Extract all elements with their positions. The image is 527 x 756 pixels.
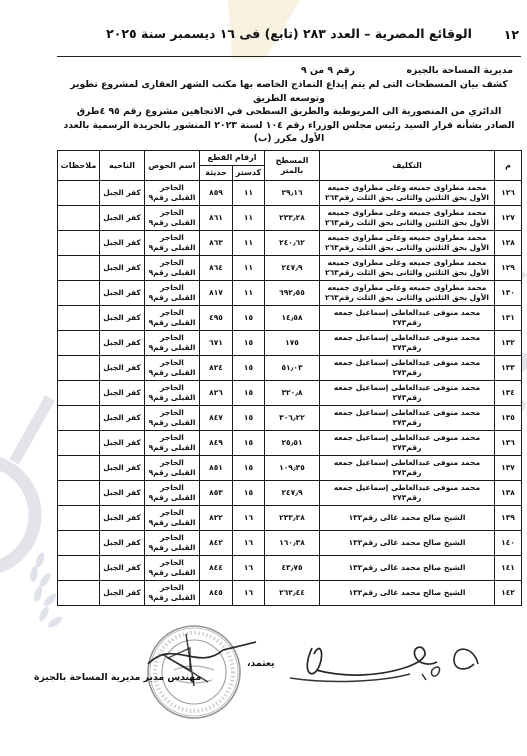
cell-notes: [58, 481, 100, 506]
cell-modern: ٨٥٣: [200, 481, 233, 506]
cell-district: كفر الجبل: [100, 481, 145, 506]
cell-notes: [58, 506, 100, 531]
table-row: ١٣٨محمد منوفى عبدالعاطى إسماعيل جمعه رقم…: [58, 481, 522, 506]
cell-serial: ١٣١: [495, 306, 522, 331]
cell-assignment: محمد منوفى عبدالعاطى إسماعيل جمعه رقم٢٧٣: [320, 406, 495, 431]
col-assignment: التكليف: [320, 151, 495, 181]
cell-notes: [58, 206, 100, 231]
cell-area: ٢٤٠٫٦٢: [265, 231, 320, 256]
cell-basin: الحاجر القبلى رقم٩: [145, 381, 200, 406]
cell-serial: ١٣٨: [495, 481, 522, 506]
cell-cadastral: ١١: [233, 206, 265, 231]
cell-cadastral: ١٥: [233, 331, 265, 356]
cell-notes: [58, 531, 100, 556]
cell-modern: ٨١٧: [200, 281, 233, 306]
cell-serial: ١٢٩: [495, 256, 522, 281]
cell-modern: ٤٩٥: [200, 306, 233, 331]
cell-district: كفر الجبل: [100, 181, 145, 206]
gazette-title: الوقائع المصرية – العدد ٢٨٣ (تابع) فى ١٦…: [106, 26, 472, 41]
cell-notes: [58, 431, 100, 456]
cell-cadastral: ١٥: [233, 456, 265, 481]
cell-basin: الحاجر القبلى رقم٩: [145, 481, 200, 506]
cell-assignment: محمد منوفى عبدالعاطى إسماعيل جمعه رقم٢٧٣: [320, 331, 495, 356]
col-area: المسطح بالمتر: [265, 151, 320, 181]
handwritten-signatures: [282, 630, 487, 702]
col-serial: م: [495, 151, 522, 181]
cell-assignment: محمد مطراوى جميعه وعلى مطراوى جميعه الأو…: [320, 231, 495, 256]
col-basin: اسم الحوض: [145, 151, 200, 181]
cell-area: ٢٣٣٫٢٨: [265, 506, 320, 531]
cell-serial: ١٤٠: [495, 531, 522, 556]
cell-modern: ٨٢٢: [200, 506, 233, 531]
table-header: م التكليف المسطح بالمتر ارقام القطع اسم …: [58, 151, 522, 181]
cell-assignment: محمد مطراوى جميعه وعلى مطراوى جميعه الأو…: [320, 281, 495, 306]
cell-assignment: محمد منوفى عبدالعاطى إسماعيل جمعه رقم٢٧٣: [320, 381, 495, 406]
cell-assignment: محمد منوفى عبدالعاطى إسماعيل جمعه رقم٢٧٣: [320, 431, 495, 456]
cell-serial: ١٣٤: [495, 381, 522, 406]
cell-district: كفر الجبل: [100, 406, 145, 431]
cell-basin: الحاجر القبلى رقم٩: [145, 256, 200, 281]
cell-basin: الحاجر القبلى رقم٩: [145, 431, 200, 456]
cell-notes: [58, 556, 100, 581]
cell-serial: ١٣٠: [495, 281, 522, 306]
table-row: ١٣١محمد منوفى عبدالعاطى إسماعيل جمعه رقم…: [58, 306, 522, 331]
doc-header-first-line: مديرية المساحة بالجيزه رقم ٩ من ٩: [57, 64, 521, 78]
cell-cadastral: ١٥: [233, 481, 265, 506]
cell-assignment: محمد مطراوى جميعه وعلى مطراوى جميعه الأو…: [320, 256, 495, 281]
cell-cadastral: ١٦: [233, 556, 265, 581]
cell-notes: [58, 581, 100, 606]
table-row: ١٤٠الشيخ صالح محمد غالى رقم١٣٢١٦٠٫٣٨١٦٨٤…: [58, 531, 522, 556]
cell-notes: [58, 256, 100, 281]
cell-basin: الحاجر القبلى رقم٩: [145, 506, 200, 531]
cell-cadastral: ١٥: [233, 431, 265, 456]
cell-basin: الحاجر القبلى رقم٩: [145, 406, 200, 431]
cell-modern: ٨٤٥: [200, 581, 233, 606]
table-row: ١٣٩الشيخ صالح محمد غالى رقم١٣٢٢٣٣٫٢٨١٦٨٢…: [58, 506, 522, 531]
watermark-left-emblem: [0, 398, 50, 570]
cell-district: كفر الجبل: [100, 581, 145, 606]
cell-serial: ١٢٧: [495, 206, 522, 231]
col-district: الناحيه: [100, 151, 145, 181]
cell-basin: الحاجر القبلى رقم٩: [145, 456, 200, 481]
table-body: ١٢٦محمد مطراوى جميعه وعلى مطراوى جميعه ا…: [58, 181, 522, 606]
table-row: ١٣٤محمد منوفى عبدالعاطى إسماعيل جمعه رقم…: [58, 381, 522, 406]
cell-area: ٢٣٣٫٢٨: [265, 206, 320, 231]
cell-area: ٢٦٢٫٤٤: [265, 581, 320, 606]
cell-modern: ٨٤٧: [200, 406, 233, 431]
table-row: ١٤٢الشيخ صالح محمد غالى رقم١٣٢٢٦٢٫٤٤١٦٨٤…: [58, 581, 522, 606]
cell-district: كفر الجبل: [100, 381, 145, 406]
cell-assignment: الشيخ صالح محمد غالى رقم١٣٢: [320, 581, 495, 606]
cell-cadastral: ١٦: [233, 531, 265, 556]
table-row: ١٣٠محمد مطراوى جميعه وعلى مطراوى جميعه ا…: [58, 281, 522, 306]
cell-cadastral: ١٥: [233, 406, 265, 431]
cell-notes: [58, 231, 100, 256]
cell-district: كفر الجبل: [100, 556, 145, 581]
table-row: ١٣٢محمد منوفى عبدالعاطى إسماعيل جمعه رقم…: [58, 331, 522, 356]
cell-notes: [58, 456, 100, 481]
table-row: ١٢٦محمد مطراوى جميعه وعلى مطراوى جميعه ا…: [58, 181, 522, 206]
cell-assignment: محمد مطراوى جميعه وعلى مطراوى جميعه الأو…: [320, 206, 495, 231]
cell-district: كفر الجبل: [100, 331, 145, 356]
cell-assignment: الشيخ صالح محمد غالى رقم١٣٢: [320, 556, 495, 581]
cell-area: ٥١٫٠٣: [265, 356, 320, 381]
table-row: ١٢٩محمد مطراوى جميعه وعلى مطراوى جميعه ا…: [58, 256, 522, 281]
cell-notes: [58, 331, 100, 356]
cell-district: كفر الجبل: [100, 506, 145, 531]
cell-modern: ٨٥١: [200, 456, 233, 481]
col-cadastral: كدستر: [233, 166, 265, 181]
approver-title: مهندس مدير مديرية المساحة بالجيزة: [34, 672, 201, 683]
cell-modern: ٨٢٤: [200, 356, 233, 381]
table-row: ١٣٧محمد منوفى عبدالعاطى إسماعيل جمعه رقم…: [58, 456, 522, 481]
cell-area: ٢٤٧٫٩: [265, 481, 320, 506]
cell-serial: ١٣٧: [495, 456, 522, 481]
directorate-name: مديرية المساحة بالجيزه: [407, 64, 513, 78]
cell-modern: ٨٤٢: [200, 531, 233, 556]
cell-area: ١٧٥: [265, 331, 320, 356]
cell-modern: ٨٤٤: [200, 556, 233, 581]
table-row: ١٢٨محمد مطراوى جميعه وعلى مطراوى جميعه ا…: [58, 231, 522, 256]
cell-serial: ١٤١: [495, 556, 522, 581]
cell-district: كفر الجبل: [100, 456, 145, 481]
cell-notes: [58, 406, 100, 431]
header-rule: [57, 56, 521, 57]
cell-district: كفر الجبل: [100, 306, 145, 331]
cell-notes: [58, 306, 100, 331]
cell-cadastral: ١١: [233, 256, 265, 281]
cell-basin: الحاجر القبلى رقم٩: [145, 356, 200, 381]
cell-area: ٣٠٦٫٢٢: [265, 406, 320, 431]
cell-assignment: الشيخ صالح محمد غالى رقم١٣٢: [320, 506, 495, 531]
statement-line-1: كشف بيان المسطحات التى لم يتم إيداع النم…: [57, 78, 521, 105]
cell-cadastral: ١٦: [233, 506, 265, 531]
page-number: ١٢: [504, 27, 519, 42]
statement-line-2: الدائري من المنصورية الى المريوطية والطر…: [57, 105, 521, 119]
table-row: ١٣٥محمد منوفى عبدالعاطى إسماعيل جمعه رقم…: [58, 406, 522, 431]
cell-serial: ١٣٩: [495, 506, 522, 531]
page-header: الوقائع المصرية – العدد ٢٨٣ (تابع) فى ١٦…: [57, 26, 521, 44]
cell-basin: الحاجر القبلى رقم٩: [145, 331, 200, 356]
cell-notes: [58, 281, 100, 306]
cell-basin: الحاجر القبلى رقم٩: [145, 281, 200, 306]
survey-table: م التكليف المسطح بالمتر ارقام القطع اسم …: [57, 150, 522, 606]
cell-basin: الحاجر القبلى رقم٩: [145, 231, 200, 256]
cell-district: كفر الجبل: [100, 431, 145, 456]
col-notes: ملاحظات: [58, 151, 100, 181]
cell-district: كفر الجبل: [100, 281, 145, 306]
cell-assignment: محمد منوفى عبدالعاطى إسماعيل جمعه رقم٢٧٣: [320, 306, 495, 331]
cell-modern: ٨٥٩: [200, 181, 233, 206]
cell-area: ٢٤٧٫٩: [265, 256, 320, 281]
cell-cadastral: ١٦: [233, 581, 265, 606]
cell-cadastral: ١١: [233, 181, 265, 206]
cell-modern: ٦٧١: [200, 331, 233, 356]
cell-notes: [58, 381, 100, 406]
table-row: ١٣٦محمد منوفى عبدالعاطى إسماعيل جمعه رقم…: [58, 431, 522, 456]
cell-assignment: محمد منوفى عبدالعاطى إسماعيل جمعه رقم٢٧٣: [320, 356, 495, 381]
cell-area: ١٦٠٫٣٨: [265, 531, 320, 556]
cell-area: ٢٩٫١٦: [265, 181, 320, 206]
cell-modern: ٨٤٩: [200, 431, 233, 456]
cell-serial: ١٣٢: [495, 331, 522, 356]
cell-basin: الحاجر القبلى رقم٩: [145, 556, 200, 581]
cell-assignment: الشيخ صالح محمد غالى رقم١٣٢: [320, 531, 495, 556]
statement-line-3: الصادر بشأنه قرار السيد رئيس مجلس الوزرا…: [57, 119, 521, 146]
cell-notes: [58, 356, 100, 381]
cell-district: كفر الجبل: [100, 231, 145, 256]
cell-cadastral: ١٥: [233, 306, 265, 331]
cell-district: كفر الجبل: [100, 531, 145, 556]
cell-serial: ١٤٢: [495, 581, 522, 606]
cell-cadastral: ١١: [233, 231, 265, 256]
cell-area: ٣٢٠٫٨: [265, 381, 320, 406]
gazette-page: الوقائع المصرية – العدد ٢٨٣ (تابع) فى ١٦…: [0, 0, 527, 756]
cell-area: ١٠٩٫٣٥: [265, 456, 320, 481]
cell-serial: ١٢٨: [495, 231, 522, 256]
col-plot-numbers: ارقام القطع: [200, 151, 265, 166]
approval-label: يعتمد،: [247, 658, 275, 669]
cell-basin: الحاجر القبلى رقم٩: [145, 306, 200, 331]
cell-area: ٢٥٫٥١: [265, 431, 320, 456]
cell-area: ٦٩٢٫٥٥: [265, 281, 320, 306]
cell-modern: ٨٦١: [200, 206, 233, 231]
table-row: ١٤١الشيخ صالح محمد غالى رقم١٣٢٤٣٫٧٥١٦٨٤٤…: [58, 556, 522, 581]
cell-area: ٤٣٫٧٥: [265, 556, 320, 581]
cell-district: كفر الجبل: [100, 206, 145, 231]
cell-notes: [58, 181, 100, 206]
cell-assignment: محمد منوفى عبدالعاطى إسماعيل جمعه رقم٢٧٣: [320, 481, 495, 506]
cell-serial: ١٢٦: [495, 181, 522, 206]
cell-district: كفر الجبل: [100, 356, 145, 381]
cell-basin: الحاجر القبلى رقم٩: [145, 531, 200, 556]
cell-serial: ١٣٦: [495, 431, 522, 456]
cell-modern: ٨٦٤: [200, 256, 233, 281]
table-row: ١٣٣محمد منوفى عبدالعاطى إسماعيل جمعه رقم…: [58, 356, 522, 381]
cell-assignment: محمد مطراوى جميعه وعلى مطراوى جميعه الأو…: [320, 181, 495, 206]
cell-district: كفر الجبل: [100, 256, 145, 281]
cell-modern: ٨٢٦: [200, 381, 233, 406]
cell-modern: ٨٦٣: [200, 231, 233, 256]
cell-serial: ١٣٥: [495, 406, 522, 431]
cell-cadastral: ١٥: [233, 381, 265, 406]
col-modern: حديثة: [200, 166, 233, 181]
cell-basin: الحاجر القبلى رقم٩: [145, 206, 200, 231]
cell-basin: الحاجر القبلى رقم٩: [145, 181, 200, 206]
table-row: ١٢٧محمد مطراوى جميعه وعلى مطراوى جميعه ا…: [58, 206, 522, 231]
cell-assignment: محمد منوفى عبدالعاطى إسماعيل جمعه رقم٢٧٣: [320, 456, 495, 481]
sheet-number: رقم ٩ من ٩: [301, 64, 355, 78]
cell-area: ١٤٫٥٨: [265, 306, 320, 331]
cell-basin: الحاجر القبلى رقم٩: [145, 581, 200, 606]
cell-cadastral: ١١: [233, 281, 265, 306]
cell-serial: ١٣٣: [495, 356, 522, 381]
cell-cadastral: ١٥: [233, 356, 265, 381]
